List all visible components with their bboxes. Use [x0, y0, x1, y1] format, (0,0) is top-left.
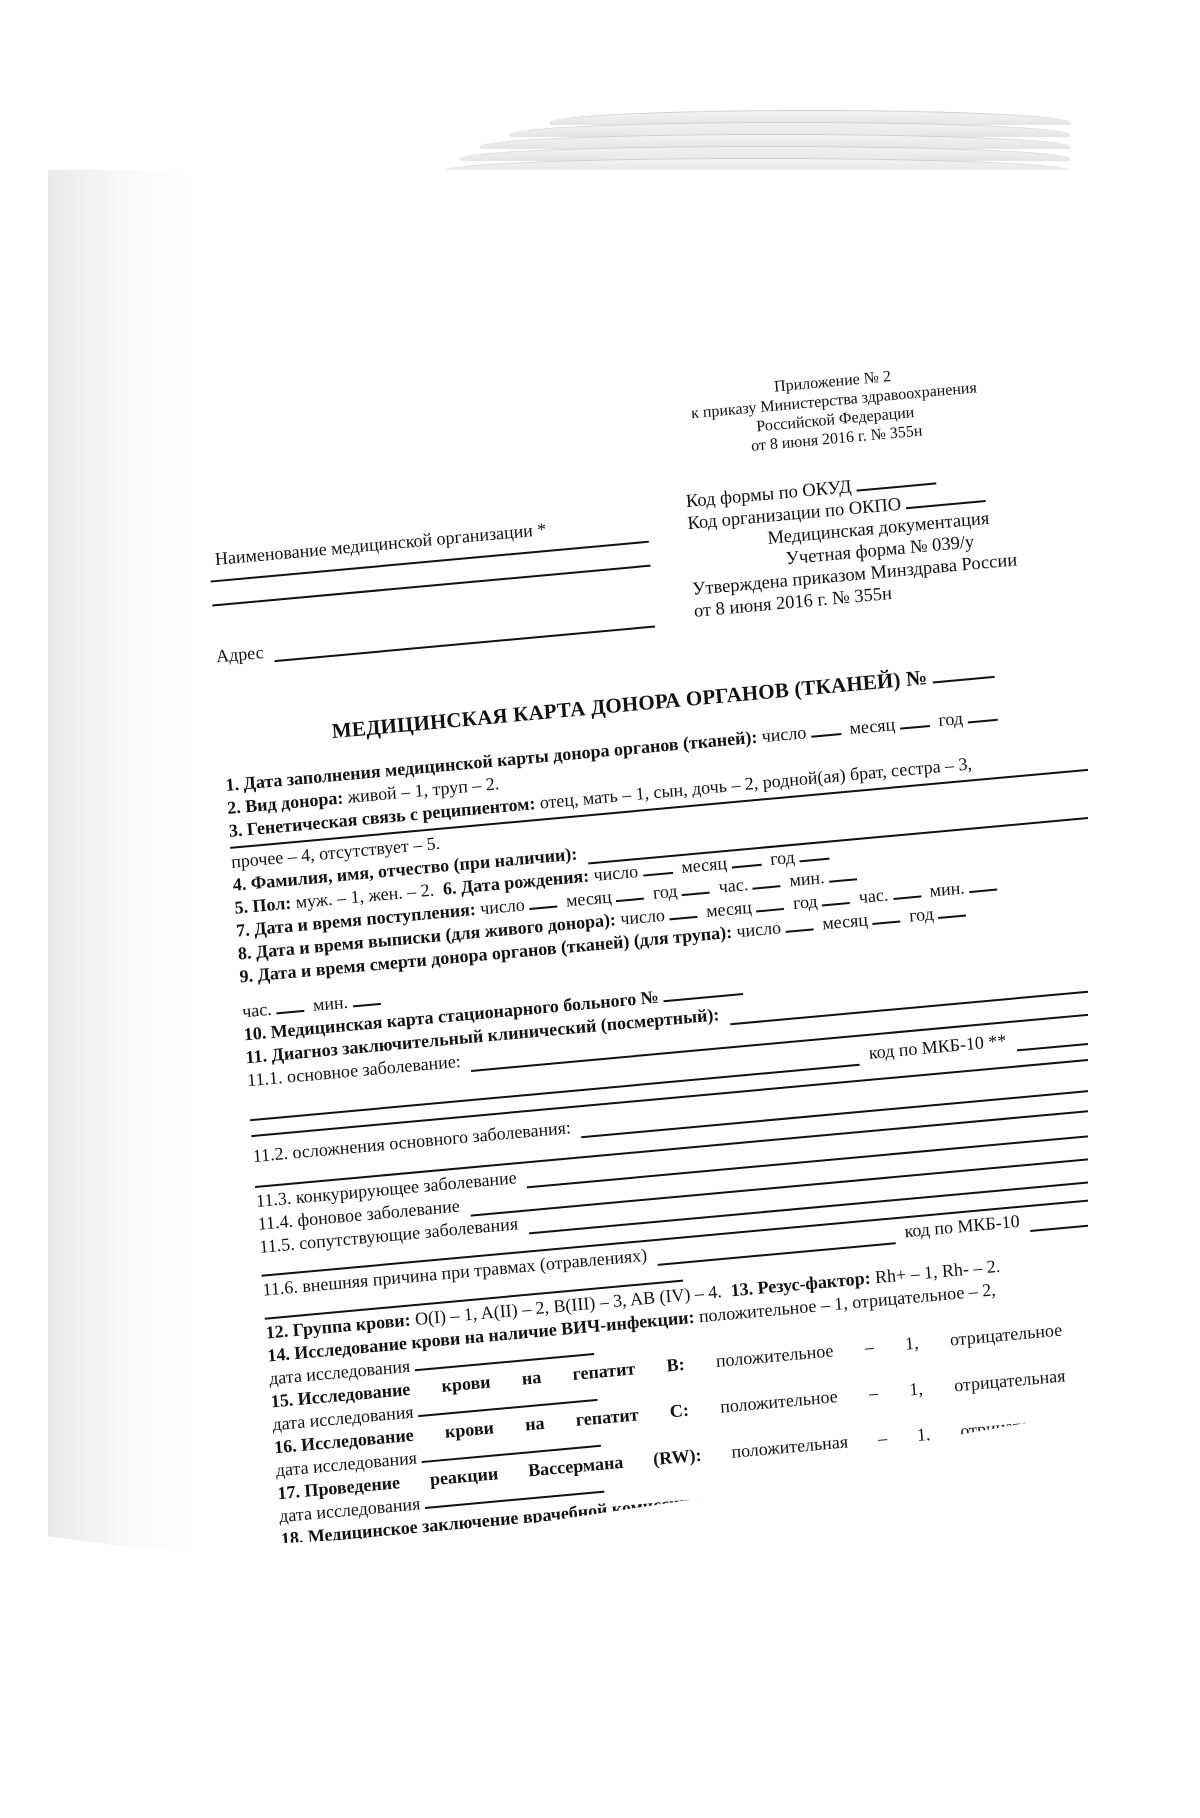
external-cause-field[interactable]: [658, 1241, 896, 1266]
item-word: C:: [669, 1399, 690, 1424]
item-word: B:: [666, 1353, 686, 1378]
item-word: 1,: [904, 1332, 919, 1356]
item-word: –: [877, 1427, 888, 1451]
death-year[interactable]: [938, 913, 966, 919]
item-word: (RW):: [652, 1444, 702, 1471]
birth-month[interactable]: [732, 863, 762, 869]
external-cause-icd-field[interactable]: [1030, 1219, 1140, 1232]
death-day[interactable]: [786, 927, 814, 933]
form-codes-block: Код формы по ОКУД Код организации по ОКП…: [685, 457, 1073, 623]
approval-stamp: Приложение № 2 к приказу Министерства зд…: [668, 357, 1002, 463]
org-name-field-line2[interactable]: [212, 565, 650, 607]
item-word: –: [1096, 1361, 1107, 1385]
discharge-min[interactable]: [969, 888, 997, 894]
item-word: –: [1093, 1315, 1104, 1339]
birth-year[interactable]: [799, 857, 829, 863]
address-label: Адрес: [215, 642, 264, 667]
conclusion-month[interactable]: [728, 1522, 758, 1528]
item-word: 2,: [1140, 1403, 1155, 1427]
conclusion-day[interactable]: [639, 1530, 669, 1536]
death-hour[interactable]: [276, 1009, 304, 1015]
inpatient-card-number[interactable]: [663, 992, 743, 1002]
admission-month[interactable]: [616, 897, 644, 903]
death-min[interactable]: [353, 1002, 381, 1008]
okpo-field[interactable]: [906, 499, 986, 509]
conclusion-year[interactable]: [796, 1516, 826, 1522]
item-word: –: [868, 1381, 879, 1405]
discharge-month[interactable]: [756, 907, 784, 913]
form-cover-page: Приложение № 2 к приказу Министерства зд…: [48, 170, 1088, 1550]
discharge-hour[interactable]: [893, 894, 921, 900]
item-word: 1,: [908, 1377, 923, 1401]
discharge-day[interactable]: [670, 915, 698, 921]
item-word: 2,: [1136, 1357, 1151, 1381]
form-body: 1. Дата заполнения медицинской карты дон…: [225, 694, 1160, 1574]
item-word: на: [524, 1412, 545, 1437]
fill-date-month[interactable]: [900, 724, 930, 730]
address-field[interactable]: [274, 625, 655, 662]
admission-day[interactable]: [529, 904, 557, 910]
fill-date-year[interactable]: [968, 718, 998, 724]
item-word: –: [864, 1336, 875, 1360]
death-month[interactable]: [873, 919, 901, 925]
admission-hour[interactable]: [753, 884, 781, 890]
card-number-field[interactable]: [933, 675, 995, 684]
item-word: на: [521, 1366, 542, 1391]
admission-min[interactable]: [829, 877, 857, 883]
birth-day[interactable]: [643, 871, 673, 877]
fill-date-day[interactable]: [811, 732, 841, 738]
discharge-year[interactable]: [822, 901, 850, 907]
item-word: 2,: [1133, 1311, 1148, 1335]
organization-block: Наименование медицинской организации * А…: [208, 510, 655, 668]
okud-field[interactable]: [856, 481, 936, 491]
item-word: 1,: [916, 1423, 931, 1447]
icd10-code-field[interactable]: [1017, 1038, 1127, 1051]
form-content: Приложение № 2 к приказу Министерства зд…: [198, 330, 1074, 410]
item-word: –: [1101, 1406, 1112, 1430]
admission-year[interactable]: [682, 891, 710, 897]
